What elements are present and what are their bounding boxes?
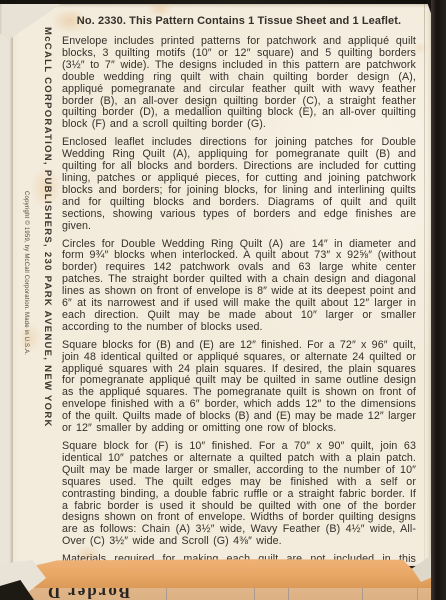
paragraph-wedding-ring-quilt: Circles for Double Wedding Ring Quilt (A…: [62, 239, 416, 334]
paragraph-square-blocks-b-e: Square blocks for (B) and (E) are 12″ fi…: [62, 340, 416, 435]
photo-backdrop: Copyright © 1959, by McCall Corporation.…: [0, 0, 446, 600]
paragraph-envelope-contents: Envelope includes printed patterns for p…: [62, 36, 416, 131]
photo-edge-right: [431, 0, 446, 600]
paragraph-leaflet-directions: Enclosed leaflet includes directions for…: [62, 137, 416, 232]
envelope-left-edge: [0, 3, 13, 567]
photo-edge-top: [0, 0, 446, 4]
pattern-number-headline: No. 2330. This Pattern Contains 1 Tissue…: [62, 15, 416, 27]
copyright-notice: Copyright © 1959, by McCall Corporation.…: [23, 191, 29, 401]
paragraph-square-block-f: Square block for (F) is 10″ finished. Fo…: [62, 441, 416, 548]
paper-crease: [424, 3, 425, 567]
envelope-back: Copyright © 1959, by McCall Corporation.…: [0, 3, 433, 567]
publisher-imprint: McCALL CORPORATION, PUBLISHERS, 230 PARK…: [42, 27, 53, 509]
envelope-flap: [20, 558, 434, 588]
pattern-description: No. 2330. This Pattern Contains 1 Tissue…: [62, 15, 416, 584]
